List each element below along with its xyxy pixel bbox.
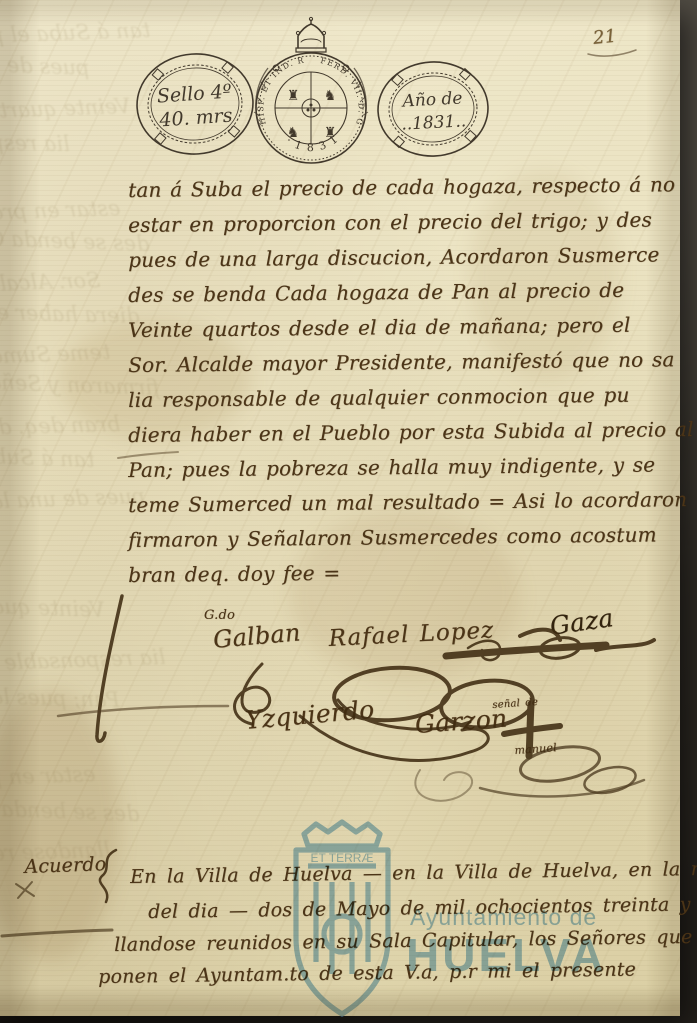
rubric-loop: [332, 664, 451, 724]
margin-pen-stroke: [97, 596, 122, 741]
scanned-manuscript: tan á Suba el precio de cada hogaza, res…: [0, 0, 697, 1023]
manuscript-page: tan á Suba el precio de cada hogaza, res…: [0, 0, 680, 1016]
margin-dash: [118, 452, 178, 458]
margin-dash: [58, 706, 228, 716]
rubric-tail: [480, 780, 644, 796]
rubric-flourish-garzon: [300, 716, 488, 760]
rubric-connector: [338, 700, 470, 729]
ink-flourishes: [0, 0, 680, 1016]
faint-rubric: [415, 770, 472, 801]
folio-underline: [588, 50, 636, 56]
margin-dash: [2, 930, 112, 936]
rubric-flourish-galban: [235, 664, 270, 724]
acuerdo-brace: [100, 850, 116, 902]
rubric-loop: [439, 676, 535, 731]
margin-x-mark: [16, 882, 34, 898]
rubric-loop: [582, 763, 638, 797]
